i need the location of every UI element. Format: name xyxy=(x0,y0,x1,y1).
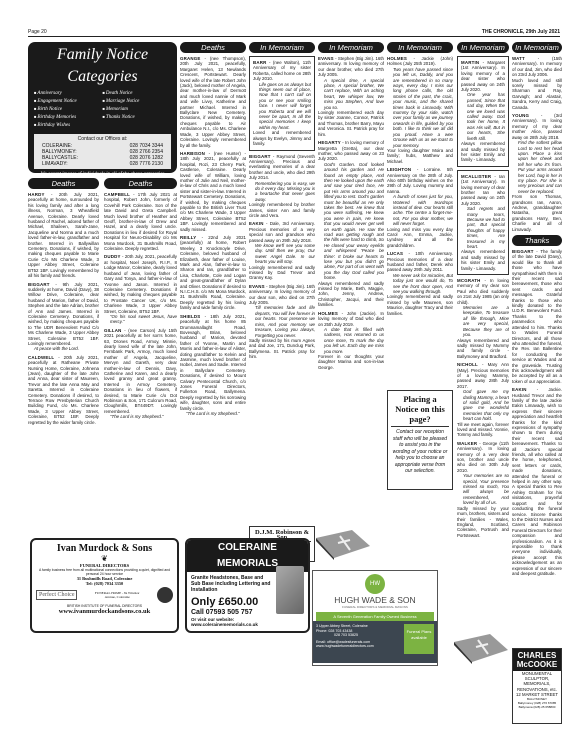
thanks-entry: BIGGART - The family of the late David (… xyxy=(512,249,562,384)
notice-signoff: Always remembered and sadly missed by Mu… xyxy=(457,338,509,360)
notice-verse: Find the softest pillow Lord to rest her… xyxy=(512,140,562,194)
murdock-web: www.ivanmurdockandsons.co.uk xyxy=(32,608,177,615)
notice-signoff: Sadly missed by your mum, brothers, sist… xyxy=(457,506,509,538)
notice-name: HARDY xyxy=(28,192,45,197)
category-list: Anniversary Death Notice Engagement Noti… xyxy=(28,86,177,132)
notice-verse: One year has passed, Since that sad day,… xyxy=(461,92,505,141)
thanks-entry: EAKIN - Jackie. Husband Trevor and the f… xyxy=(512,387,562,576)
memoriam-column-6: In MemoriamHOLMES - Jackie (John) Holmes… xyxy=(387,42,453,387)
notice-signoff: Forever in our thoughts your daughter Ma… xyxy=(318,354,384,370)
notice-name: GILLAN xyxy=(104,328,122,333)
section-header: Deaths xyxy=(180,42,246,53)
category-item: Thanks Notice xyxy=(103,113,172,121)
memoriam-column-5: In MemoriamEVANS - Stephen (Big Jim). 16… xyxy=(318,42,384,482)
notice-entry: GILLAN - (nee Carson) July 15th 2021 pea… xyxy=(104,328,177,420)
notice-signoff: Lovingly remembered and sadly missed by … xyxy=(249,265,315,281)
notice-entry: MARTIN - Margaret (1st Anniversary). In … xyxy=(457,56,509,167)
notice-verse: God gave me my darling Mammy, a heart of… xyxy=(457,389,509,421)
notice-verse: Your memories are so special, Your prese… xyxy=(457,473,509,505)
notice-name: CALDWELL xyxy=(28,355,54,360)
notice-name: CAMPBELL xyxy=(104,192,130,197)
notice-signoff: Loving and miss you every day Carol Ann,… xyxy=(387,227,453,249)
placing-body: Contact our reception staff who will be … xyxy=(391,429,449,475)
wade-sub: FUNERAL DIRECTORS & MEMORIAL MASONS xyxy=(313,605,437,609)
notice-name: BARR xyxy=(253,60,266,65)
notice-name: HARBISON xyxy=(180,151,205,156)
notice-entry: DUDDY - 20th July, 2021, peacefully at h… xyxy=(104,254,177,324)
notice-signoff: Much loved and still sorely missed by Sh… xyxy=(512,78,562,110)
masthead: THE CHRONICLE, 29th July 2021 xyxy=(482,29,560,35)
category-item: Anniversary xyxy=(34,89,103,97)
notice-name: YOUNG xyxy=(512,113,529,118)
wade-tagline: A Seventh Generation Family Owned Busine… xyxy=(316,612,434,621)
section-header: Deaths xyxy=(104,178,177,189)
notice-entry: HOLMES - John (Jackie). In loving memory… xyxy=(318,311,384,370)
category-item: Death Notice xyxy=(103,89,172,97)
notice-entry: NICHOLL - Mary Ann (May). Precious memor… xyxy=(457,362,509,438)
page-number: Page 20 xyxy=(28,29,47,35)
notice-name: BIGGART xyxy=(249,154,271,159)
notice-text: - 9th July 2021, suddenly at home, David… xyxy=(28,282,99,346)
notice-verse: Life goes on as always but things seem o… xyxy=(253,82,311,131)
notice-signoff: Always remembered and sadly missed by Ma… xyxy=(318,281,384,308)
notice-text: - 20th July 2021, peacefully at home, su… xyxy=(28,192,99,278)
notice-name: NICHOLL xyxy=(457,362,478,367)
memorials-desc: Granite Headstones, Base and Sub Base in… xyxy=(187,572,275,596)
notice-signoff: Lovingly remembered each day by sister J… xyxy=(318,110,384,137)
notice-verse: A date that is filled with sadness, Has … xyxy=(318,327,384,354)
notice-name: HEGARTY xyxy=(318,140,341,145)
notice-signoff: Lovingly remembered and sadly missed by … xyxy=(387,294,453,316)
notice-entry: WATT - (15th Anniversary). In memory of … xyxy=(512,56,562,110)
notice-entry: SHIELDS - 18th July 2021, peacefully at … xyxy=(180,314,246,417)
notice-verse: At peace with the Lord. xyxy=(28,346,99,351)
contact-offices: Contact our Offices at: COLERAINE:028 70… xyxy=(34,134,171,169)
section-header: In Memoriam xyxy=(512,42,562,53)
notice-name: EVANS xyxy=(249,284,265,289)
notice-text: - The family of the late David (Davy), w… xyxy=(512,249,562,384)
notice-name: MARTIN xyxy=(461,60,479,65)
notice-entry: HOLMES - Jackie (John) Holmes (July 25th… xyxy=(387,56,453,164)
notice-text: - (nee Hunter) - 18th July 2021, peacefu… xyxy=(180,151,246,232)
notice-text: - (nee Thompson), 20th July 2021, peacef… xyxy=(180,56,246,148)
notice-entry: LUCAS - 10th Anniversary. Precious memor… xyxy=(387,251,453,316)
notice-text: - 18th July 2021, peacefully at his home… xyxy=(180,314,246,411)
section-header: In Memoriam xyxy=(457,42,509,53)
mccooke-phone: Ballymena (028) 25 658800 xyxy=(513,705,561,709)
bible-icon xyxy=(312,528,372,560)
deaths-column-3: DeathsGRANGE - (nee Thompson), 20th July… xyxy=(180,42,246,560)
section-header: In Memoriam xyxy=(249,42,315,53)
notice-text: - 17th July 2021 at hospital, Robert Joh… xyxy=(104,192,177,251)
section-header: Deaths xyxy=(28,178,99,189)
category-item: Birthday Wishes xyxy=(34,121,103,129)
notice-entry: YOUNG - (3rd Anniversary). In loving mem… xyxy=(512,113,562,232)
placing-title: Placing a Notice on this page? xyxy=(391,394,449,424)
notice-text: - 20th July 2021, peacefully at Ratheane… xyxy=(28,355,99,425)
fnc-title-2: Categories xyxy=(28,68,177,86)
notice-text: - (nee Carson) July 15th 2021 peacefully… xyxy=(104,328,177,414)
section-header: In Memoriam xyxy=(387,42,453,53)
notice-signoff: Loved and remembered always by Evelyn, J… xyxy=(253,130,311,146)
notice-text: - 22nd July 2021 (peacefully) at home, R… xyxy=(180,235,246,310)
newspaper-page: Page 20 THE CHRONICLE, 29th July 2021 Fa… xyxy=(28,28,560,718)
notice-entry: EAKIN - Dale, 3rd Anniversary. Precious … xyxy=(249,221,315,280)
office-name: LIMAVADY: xyxy=(42,161,68,167)
murdock-home: FUNERAL HOME - 8a Windsor Avenue, Colera… xyxy=(94,591,140,599)
notice-verse: Remembering you is easy, we do it every … xyxy=(249,181,315,203)
notice-verse: We know we'll see you some day. Until th… xyxy=(249,243,315,265)
notice-name: GRANGE xyxy=(180,56,200,61)
notice-entry: EVANS - Stephen (Big Jim). 16th annivers… xyxy=(318,56,384,137)
notice-name: EVANS xyxy=(318,56,334,61)
notice-entry: BIGGART - Raymond (Seventh Anniversary).… xyxy=(249,154,315,219)
deaths-column-2: DeathsCAMPBELL - 17th July 2021 at hospi… xyxy=(104,178,177,560)
office-row: LIMAVADY:028 7776 2130 xyxy=(42,161,163,167)
notice-signoff: Always remembered and sadly missed by hi… xyxy=(461,249,505,271)
notice-verse: We never ask for miracles, But today jus… xyxy=(387,273,453,295)
notice-text: - Margaret (1st Anniversary). In loving … xyxy=(461,60,505,92)
notice-name: LEIGHTON xyxy=(387,167,411,172)
notice-entry: BIGGART - 9th July 2021, suddenly at hom… xyxy=(28,282,99,352)
category-item: Birth Notice xyxy=(34,105,103,113)
notice-signoff: Sadly missed by his mum Agnes and dad Jo… xyxy=(249,338,315,360)
hugh-wade-ad: HW HUGH WADE & SON FUNERAL DIRECTORS & M… xyxy=(312,570,438,666)
murdock-name: Ivan Murdock & Sons xyxy=(32,543,177,554)
notice-name: LUCAS xyxy=(387,251,403,256)
page-header: Page 20 THE CHRONICLE, 29th July 2021 xyxy=(28,28,560,37)
fnc-title-1: Family Notice xyxy=(28,46,177,64)
notice-name: SHIELDS xyxy=(180,314,200,319)
headstone-image xyxy=(276,566,304,614)
section-header: In Memoriam xyxy=(318,42,384,53)
crest-icon xyxy=(157,587,173,603)
wade-name: HUGH WADE & SON xyxy=(313,595,437,605)
mccooke-line1: CHARLES xyxy=(513,651,561,660)
office-phone: 028 7776 2130 xyxy=(130,161,163,167)
notice-text: - Ian (1st Anniversary). In loving memor… xyxy=(461,174,505,206)
mccooke-name: CHARLES McCOOKE xyxy=(513,649,561,671)
notice-entry: HARBISON - (nee Hunter) - 18th July 2021… xyxy=(180,151,246,232)
notice-verse: "The Lord is my Shepherd." xyxy=(180,411,246,416)
notice-entry: MCALLISTER - Ian (1st Anniversary). In l… xyxy=(457,170,509,275)
memoriam-column-4: In MemoriamBARR - (nee Walton), 11th Ann… xyxy=(249,42,315,560)
mccooke-services: MONUMENTAL SCULPTOR, MEMORIALS, RENOVATI… xyxy=(513,671,561,692)
notice-name: HOLMES xyxy=(318,311,338,316)
ivan-murdock-ad: Ivan Murdock & Sons ❦ FUNERAL DIRECTORS … xyxy=(30,538,179,633)
notice-entry: HARDY - 20th July 2021, peacefully at ho… xyxy=(28,192,99,279)
notice-entry: CALDWELL - 20th July 2021, peacefully at… xyxy=(28,355,99,425)
notice-entry: REILLY - 22nd July 2021 (peacefully) at … xyxy=(180,235,246,311)
flourish-icon: ❦ xyxy=(32,554,177,563)
notice-entry: CAMPBELL - 17th July 2021 at hospital, R… xyxy=(104,192,177,251)
memoriam-column-7: In MemoriamMARTIN - Margaret (1st Annive… xyxy=(457,42,509,642)
wade-logo: HW xyxy=(365,574,385,594)
notice-name: HOLMES xyxy=(387,56,407,61)
notice-verse: A bunch of roses just for you, Watered w… xyxy=(387,194,453,226)
notice-verse: Memories are a keepsake, To treasure all… xyxy=(457,305,509,337)
memorials-web: www.colerainememorials.co.uk xyxy=(187,622,308,627)
notice-verse: "The Lord is my Shepherd." xyxy=(104,414,177,419)
murdock-tagline: A family business free from all multinat… xyxy=(32,568,177,576)
notice-entry: WALKER - George (11th Anniversary). In l… xyxy=(457,441,509,538)
notice-name: WALKER xyxy=(457,441,477,446)
section-header: Thanks xyxy=(512,235,562,246)
notice-entry: EVANS - Stephen (Big Jim). 16th annivers… xyxy=(249,284,315,360)
notice-verse: God's Garden. God looked around his gard… xyxy=(318,162,384,281)
perfect-choice-badge: Perfect Choice xyxy=(36,590,77,600)
category-item: Birthday Memories xyxy=(34,113,103,121)
notice-entry: GRANGE - (nee Thompson), 20th July 2021,… xyxy=(180,56,246,148)
coleraine-memorials-ad: COLERAINE MEMORIALS Granite Headstones, … xyxy=(185,538,310,633)
notice-entry: MCGRATH - In loving memory of my dear so… xyxy=(457,278,509,359)
notice-signoff: Your loving daughter Moira and family; h… xyxy=(387,148,453,164)
memoriam-thanks-column-8: In MemoriamWATT - (15th Anniversary). In… xyxy=(512,42,562,632)
notice-name: MCALLISTER xyxy=(461,174,491,179)
funeral-plans-badge: Funeral Plans available xyxy=(404,624,434,654)
notice-name: REILLY xyxy=(180,235,196,240)
notice-text: - George (11th Anniversary). In loving m… xyxy=(457,441,509,473)
charles-mccooke-ad: CHARLES McCOOKE MONUMENTAL SCULPTOR, MEM… xyxy=(512,648,562,724)
category-item: Engagement Notice xyxy=(34,97,103,105)
notice-name: DUDDY xyxy=(104,254,121,259)
notice-text: - 20th July, 2021, peacefully at hospita… xyxy=(104,254,177,313)
notice-signoff: Till we meet again, forever loved and mi… xyxy=(457,422,509,438)
notice-name: EAKIN xyxy=(512,387,527,392)
notice-entry: HEGARTY - In loving memory of Margretta … xyxy=(318,140,384,308)
notice-name: BIGGART xyxy=(28,282,50,287)
category-item: Memoriam xyxy=(103,105,172,113)
notice-name: WATT xyxy=(512,56,525,61)
notice-signoff: Always remembered and sadly missed by he… xyxy=(461,141,505,163)
placing-notice-box: Placing a Notice on this page? Contact o… xyxy=(387,390,453,490)
notice-verse: Till memories fade and life departs, You… xyxy=(249,305,315,337)
notice-name: EAKIN xyxy=(249,221,264,226)
notice-name: BIGGART xyxy=(512,249,534,254)
notice-verse: "On his soul sweet Jesus, have mercy." xyxy=(104,314,177,325)
category-item: Marriage Notice xyxy=(103,97,172,105)
notice-text: - Jackie. Husband Trevor and the family … xyxy=(512,387,562,576)
notice-name: MCGRATH xyxy=(457,278,481,283)
notice-verse: Two years have passed since you left us,… xyxy=(387,67,453,148)
wade-contact: 3 Upper Abbey Street, Coleraine Phone: 0… xyxy=(313,621,437,663)
contact-title: Contact our Offices at: xyxy=(42,136,163,142)
notice-verse: A special time, A special place, A speci… xyxy=(318,78,384,110)
notice-verse: Sad regrets and many tears, Because we h… xyxy=(461,206,505,249)
notice-entry: LEIGHTON - Lorraine. 5th Anniversary on … xyxy=(387,167,453,248)
family-notice-categories: Family Notice Categories Anniversary Dea… xyxy=(28,42,177,173)
mccooke-line2: McCOOKE xyxy=(513,660,561,669)
deaths-column-1: DeathsHARDY - 20th July 2021, peacefully… xyxy=(28,178,99,560)
notice-signoff: From son Thomas, grandsons Ian, Aaron, A… xyxy=(512,194,562,232)
notice-entry: BARR - (nee Walton), 11th Anniversary of… xyxy=(249,56,315,151)
notice-signoff: Lovingly remembered by brother James, si… xyxy=(249,202,315,218)
